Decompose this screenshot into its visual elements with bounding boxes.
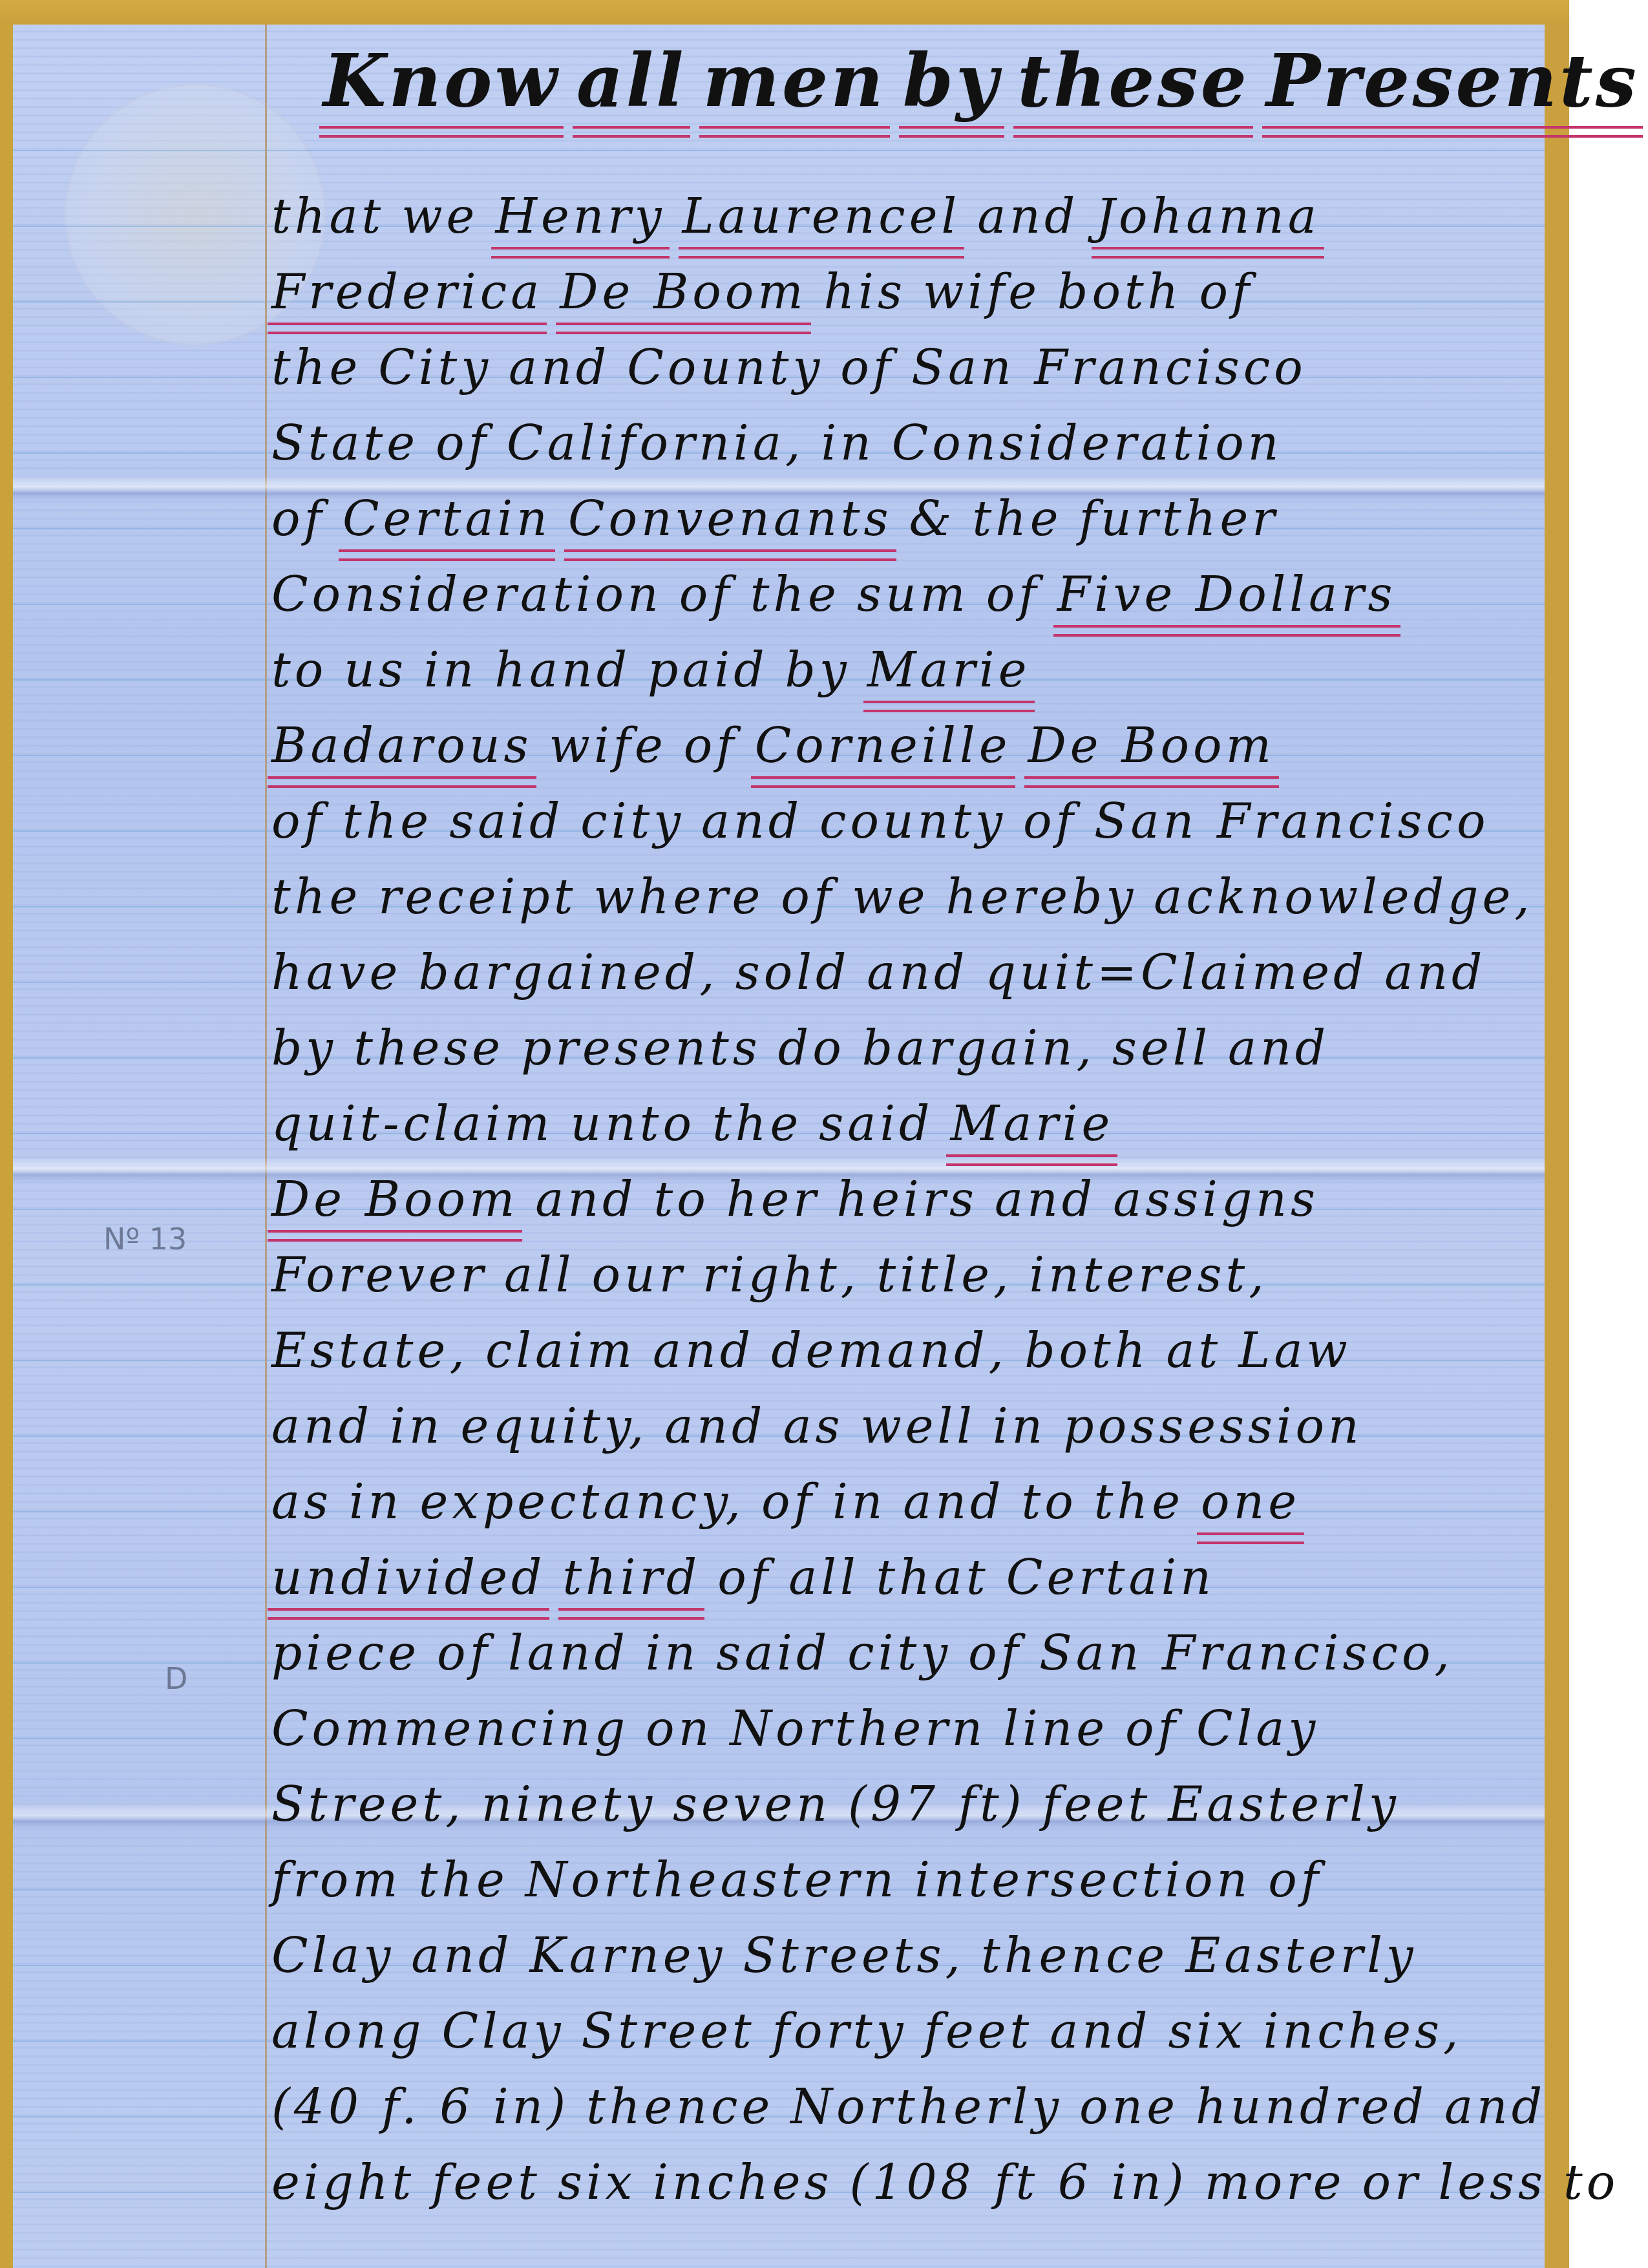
text-word: Streets,: [743, 1928, 964, 1984]
text-word: land: [508, 1626, 629, 1681]
deed-text-line: StateofCalifornia,inConsideration: [271, 416, 1538, 471]
text-word: receipt: [378, 869, 576, 925]
text-word: seven: [673, 1777, 831, 1832]
text-word: Easterly: [1168, 1777, 1400, 1832]
heading-word: these: [1017, 39, 1249, 123]
text-word: as: [271, 1474, 332, 1530]
text-word: presents: [521, 1021, 761, 1076]
text-word: both: [1057, 264, 1182, 320]
text-word: and: [995, 1172, 1096, 1227]
text-word: to: [1021, 1474, 1077, 1530]
text-word: inches: [653, 2155, 832, 2210]
deed-text-line: bythesepresentsdobargain,selland: [271, 1021, 1538, 1076]
text-word: that: [271, 189, 385, 244]
margin-rule: [265, 25, 267, 2268]
text-word: feet: [1042, 1777, 1152, 1832]
text-word: along: [271, 2004, 425, 2059]
underlined-name-word: undivided: [271, 1550, 545, 1606]
text-word: the: [1094, 1474, 1184, 1530]
deed-text-line: BadarouswifeofCorneilleDe Boom: [271, 718, 1538, 774]
deed-text-line: alongClayStreetfortyfeetandsixinches,: [271, 2004, 1538, 2059]
text-word: further: [1079, 491, 1279, 547]
deed-text-line: havebargained,soldandquit=Claimedand: [271, 945, 1538, 1001]
deed-text-line: theCityandCountyofSan Francisco: [271, 340, 1538, 396]
text-word: of: [761, 1474, 816, 1530]
text-word: that: [876, 1550, 989, 1606]
text-word: and: [653, 1323, 754, 1379]
text-word: heirs: [837, 1172, 978, 1227]
text-word: of: [436, 416, 490, 471]
text-word: we: [852, 869, 929, 925]
text-word: of: [1023, 794, 1077, 849]
text-word: on: [646, 1701, 713, 1757]
text-word: wife: [549, 718, 667, 774]
text-word: and: [977, 189, 1079, 244]
text-word: in: [349, 1474, 403, 1530]
ruled-line: [13, 150, 1545, 151]
deed-text-line: undividedthirdofallthatCertain: [271, 1550, 1538, 1606]
heading-word: Presents: [1266, 39, 1639, 123]
text-word: city: [847, 1626, 951, 1681]
text-word: six: [558, 2155, 636, 2210]
gold-backing-top-edge: [0, 0, 1569, 25]
text-word: City: [378, 340, 492, 396]
text-word: eight: [271, 2155, 415, 2210]
text-word: Forever: [271, 1247, 487, 1303]
text-word: forty: [772, 2004, 907, 2059]
text-word: and: [1050, 2004, 1151, 2059]
deed-text-line: ofthesaidcityandcountyofSan Francisco: [271, 794, 1538, 849]
heading-word: by: [903, 39, 1000, 123]
deed-text-line: ofCertainConvenants&thefurther: [271, 491, 1538, 547]
underlined-name-word: Johanna: [1095, 189, 1320, 244]
underlined-name-word: third: [562, 1550, 701, 1606]
text-word: in: [993, 1399, 1046, 1454]
text-word: and: [1384, 945, 1486, 1001]
text-word: the: [972, 491, 1062, 547]
text-word: sold: [735, 945, 850, 1001]
text-word: &: [909, 491, 956, 547]
text-word: piece: [271, 1626, 420, 1681]
underlined-name-word: Five Dollars: [1057, 567, 1397, 622]
text-word: and: [664, 1399, 766, 1454]
text-word: County: [627, 340, 823, 396]
text-word: feet: [432, 2155, 541, 2210]
text-word: hundred: [1196, 2079, 1428, 2135]
text-word: Consideration: [892, 416, 1283, 471]
text-word: bargained,: [418, 945, 718, 1001]
text-word: feet: [924, 2004, 1033, 2059]
text-word: do: [778, 1021, 845, 1076]
text-word: and: [701, 794, 803, 849]
text-word: possession: [1063, 1399, 1363, 1454]
text-word: title,: [876, 1247, 1012, 1303]
underlined-name-word: Frederica: [271, 264, 543, 320]
text-word: to: [653, 1172, 709, 1227]
text-word: inches,: [1263, 2004, 1463, 2059]
text-word: line: [1003, 1701, 1108, 1757]
margin-note-mark: D: [165, 1661, 187, 1696]
text-word: said: [716, 1626, 830, 1681]
text-word: of: [986, 567, 1041, 622]
deed-text-line: ClayandKarneyStreets,thenceEasterly: [271, 1928, 1538, 1984]
text-word: and: [271, 1399, 373, 1454]
text-word: the: [271, 869, 361, 925]
text-word: quit-claim: [271, 1096, 554, 1152]
text-word: our: [591, 1247, 686, 1303]
underlined-name-word: De Boom: [560, 264, 807, 320]
text-word: assigns: [1113, 1172, 1319, 1227]
text-word: Karney: [529, 1928, 726, 1984]
underlined-name-word: De Boom: [1028, 718, 1275, 774]
text-word: Law: [1238, 1323, 1351, 1379]
deed-text-line: tousinhandpaidbyMarie: [271, 642, 1538, 698]
text-word: equity,: [460, 1399, 648, 1454]
deed-text-line: Street,ninetyseven(97 ft)feetEasterly: [271, 1777, 1538, 1832]
text-word: and: [903, 1474, 1004, 1530]
text-word: unto: [571, 1096, 696, 1152]
text-word: (97 ft): [848, 1777, 1026, 1832]
text-word: quit=Claimed: [986, 945, 1368, 1001]
text-word: of: [437, 1626, 491, 1681]
text-word: these: [354, 1021, 504, 1076]
text-word: both: [1024, 1323, 1149, 1379]
text-word: of: [840, 340, 894, 396]
text-word: (40 f. 6 in): [271, 2079, 569, 2135]
text-word: us: [344, 642, 407, 698]
text-word: San Francisco: [1094, 794, 1490, 849]
underlined-name-word: one: [1201, 1474, 1300, 1530]
underlined-name-word: Corneille: [755, 718, 1011, 774]
text-word: in: [390, 1399, 443, 1454]
text-word: of: [271, 794, 326, 849]
text-word: ninety: [481, 1777, 656, 1832]
text-word: interest,: [1030, 1247, 1268, 1303]
text-word: Northeastern: [525, 1852, 898, 1908]
heading-word: men: [703, 39, 886, 123]
underlined-name-word: Henry: [495, 189, 665, 244]
text-word: of: [717, 1550, 772, 1606]
text-word: of: [968, 1626, 1022, 1681]
text-word: six: [1168, 2004, 1246, 2059]
underlined-name-word: Laurencel: [682, 189, 961, 244]
text-word: California,: [507, 416, 804, 471]
text-word: to: [271, 642, 327, 698]
deed-text-line: andinequity,andaswellinpossession: [271, 1399, 1538, 1454]
text-word: the: [271, 340, 361, 396]
text-word: and: [1228, 1021, 1329, 1076]
underlined-name-word: Marie: [950, 1096, 1114, 1152]
text-word: city: [580, 794, 684, 849]
text-word: and: [509, 340, 610, 396]
deed-text-line: (40 f. 6 in)thenceNortherlyonehundredand: [271, 2079, 1538, 2135]
text-word: said: [449, 794, 564, 849]
deed-text-line: CommencingonNorthernlineofClay: [271, 1701, 1538, 1757]
text-word: bargain,: [862, 1021, 1095, 1076]
text-word: (108 ft 6 in): [850, 2155, 1188, 2210]
text-word: all: [504, 1247, 575, 1303]
text-word: by: [785, 642, 850, 698]
text-word: Street: [582, 2004, 755, 2059]
text-word: thence: [586, 2079, 774, 2135]
text-word: and: [867, 945, 968, 1001]
deed-text-line: De Boomandtoherheirsandassigns: [271, 1172, 1538, 1227]
text-word: Certain: [1006, 1550, 1215, 1606]
underlined-name-word: De Boom: [271, 1172, 518, 1227]
text-word: well: [860, 1399, 975, 1454]
text-word: said: [819, 1096, 933, 1152]
text-word: we: [401, 189, 478, 244]
text-word: San Francisco,: [1039, 1626, 1453, 1681]
text-word: hereby: [945, 869, 1137, 925]
deed-text-line: thatweHenryLaurencelandJohanna: [271, 189, 1538, 244]
text-word: in: [832, 1474, 886, 1530]
text-word: have: [271, 945, 401, 1001]
text-word: all: [788, 1550, 859, 1606]
text-word: of: [1268, 1852, 1322, 1908]
underlined-name-word: Badarous: [271, 718, 533, 774]
text-word: Commencing: [271, 1701, 629, 1757]
text-word: in: [424, 642, 478, 698]
text-word: right,: [703, 1247, 860, 1303]
text-word: acknowledge,: [1154, 869, 1533, 925]
text-word: and: [411, 1928, 512, 1984]
text-word: in: [821, 416, 874, 471]
underlined-name-word: Marie: [867, 642, 1031, 698]
heading-word: all: [576, 39, 686, 123]
text-word: sum: [857, 567, 969, 622]
text-word: Estate,: [271, 1323, 469, 1379]
margin-note-number: Nº 13: [103, 1222, 187, 1256]
deed-text-line: quit-claimuntothesaidMarie: [271, 1096, 1538, 1152]
text-word: the: [712, 1096, 802, 1152]
deed-text-line: eightfeetsixinches(108 ft 6 in)moreorles…: [271, 2155, 1538, 2210]
text-word: at: [1166, 1323, 1221, 1379]
text-word: Easterly: [1185, 1928, 1417, 1984]
text-word: wife: [923, 264, 1041, 320]
text-word: the: [418, 1852, 508, 1908]
text-word: or: [1362, 2155, 1422, 2210]
text-word: Street,: [271, 1777, 465, 1832]
deed-text-line: Estate,claimanddemand,bothatLaw: [271, 1323, 1538, 1379]
deed-heading: KnowallmenbythesePresents: [323, 39, 1590, 123]
text-word: county: [819, 794, 1006, 849]
text-word: of: [684, 718, 738, 774]
deed-text-line: pieceoflandinsaidcityofSan Francisco,: [271, 1626, 1538, 1681]
deed-text-line: thereceiptwhereofweherebyacknowledge,: [271, 869, 1538, 925]
text-word: Consideration: [271, 567, 662, 622]
text-word: of: [271, 491, 326, 547]
text-word: to: [1563, 2155, 1619, 2210]
text-word: Northern: [730, 1701, 986, 1757]
text-word: thence: [981, 1928, 1168, 1984]
text-word: less: [1438, 2155, 1546, 2210]
text-word: of: [679, 567, 734, 622]
text-word: intersection: [914, 1852, 1251, 1908]
underlined-name-word: Convenants: [568, 491, 893, 547]
deed-text-line: asinexpectancy,ofinandtotheone: [271, 1474, 1538, 1530]
text-word: of: [1199, 264, 1253, 320]
text-word: San Francisco: [911, 340, 1307, 396]
text-word: State: [271, 416, 419, 471]
text-word: hand: [494, 642, 631, 698]
text-word: and: [1444, 2079, 1546, 2135]
text-word: his: [824, 264, 906, 320]
text-word: as: [783, 1399, 843, 1454]
text-word: of: [1125, 1701, 1179, 1757]
text-word: and: [535, 1172, 637, 1227]
text-word: the: [750, 567, 840, 622]
text-word: claim: [485, 1323, 636, 1379]
deed-text-line: Foreverallourright,title,interest,: [271, 1247, 1538, 1303]
deed-text-line: ConsiderationofthesumofFive Dollars: [271, 567, 1538, 622]
text-word: Clay: [441, 2004, 564, 2059]
text-word: the: [343, 794, 432, 849]
text-word: Northerly: [790, 2079, 1062, 2135]
text-word: demand,: [771, 1323, 1008, 1379]
deed-text-line: FredericaDe Boomhiswifebothof: [271, 264, 1538, 320]
text-word: sell: [1112, 1021, 1211, 1076]
text-word: from: [271, 1852, 401, 1908]
underlined-name-word: Certain: [343, 491, 551, 547]
text-word: of: [781, 869, 835, 925]
text-word: where: [593, 869, 764, 925]
text-word: by: [271, 1021, 337, 1076]
text-word: her: [726, 1172, 820, 1227]
text-word: Clay: [1196, 1701, 1319, 1757]
text-word: more: [1205, 2155, 1346, 2210]
heading-word: Know: [323, 39, 560, 123]
text-word: expectancy,: [419, 1474, 745, 1530]
text-word: Clay: [271, 1928, 394, 1984]
deed-text-line: fromtheNortheasternintersectionof: [271, 1852, 1538, 1908]
text-word: one: [1079, 2079, 1179, 2135]
text-word: in: [646, 1626, 699, 1681]
text-word: paid: [648, 642, 768, 698]
